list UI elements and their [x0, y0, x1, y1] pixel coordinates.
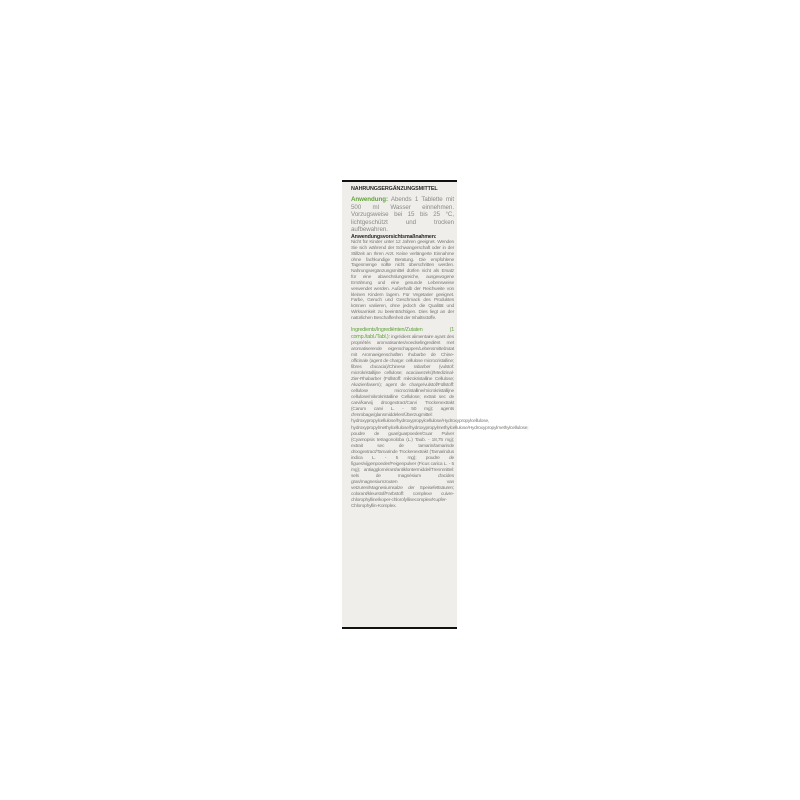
usage-title: Anwendung: [351, 196, 388, 203]
bottom-divider [342, 627, 457, 629]
ingredients-section: Ingredients/Ingrediënten/Zutaten (1 comp… [351, 327, 454, 510]
precautions-text: Nicht für Kinder unter 12 Jahren geeigne… [351, 240, 454, 322]
label-heading: NAHRUNGSERGÄNZUNGSMITTEL [351, 186, 454, 193]
top-divider [342, 180, 457, 182]
usage-section: Anwendung: Abends 1 Tablette mit 500 ml … [351, 196, 454, 234]
ingredients-text: ingrédient alimentaire ayant des proprié… [351, 335, 528, 509]
label-content: NAHRUNGSERGÄNZUNGSMITTEL Anwendung: Aben… [351, 185, 454, 510]
